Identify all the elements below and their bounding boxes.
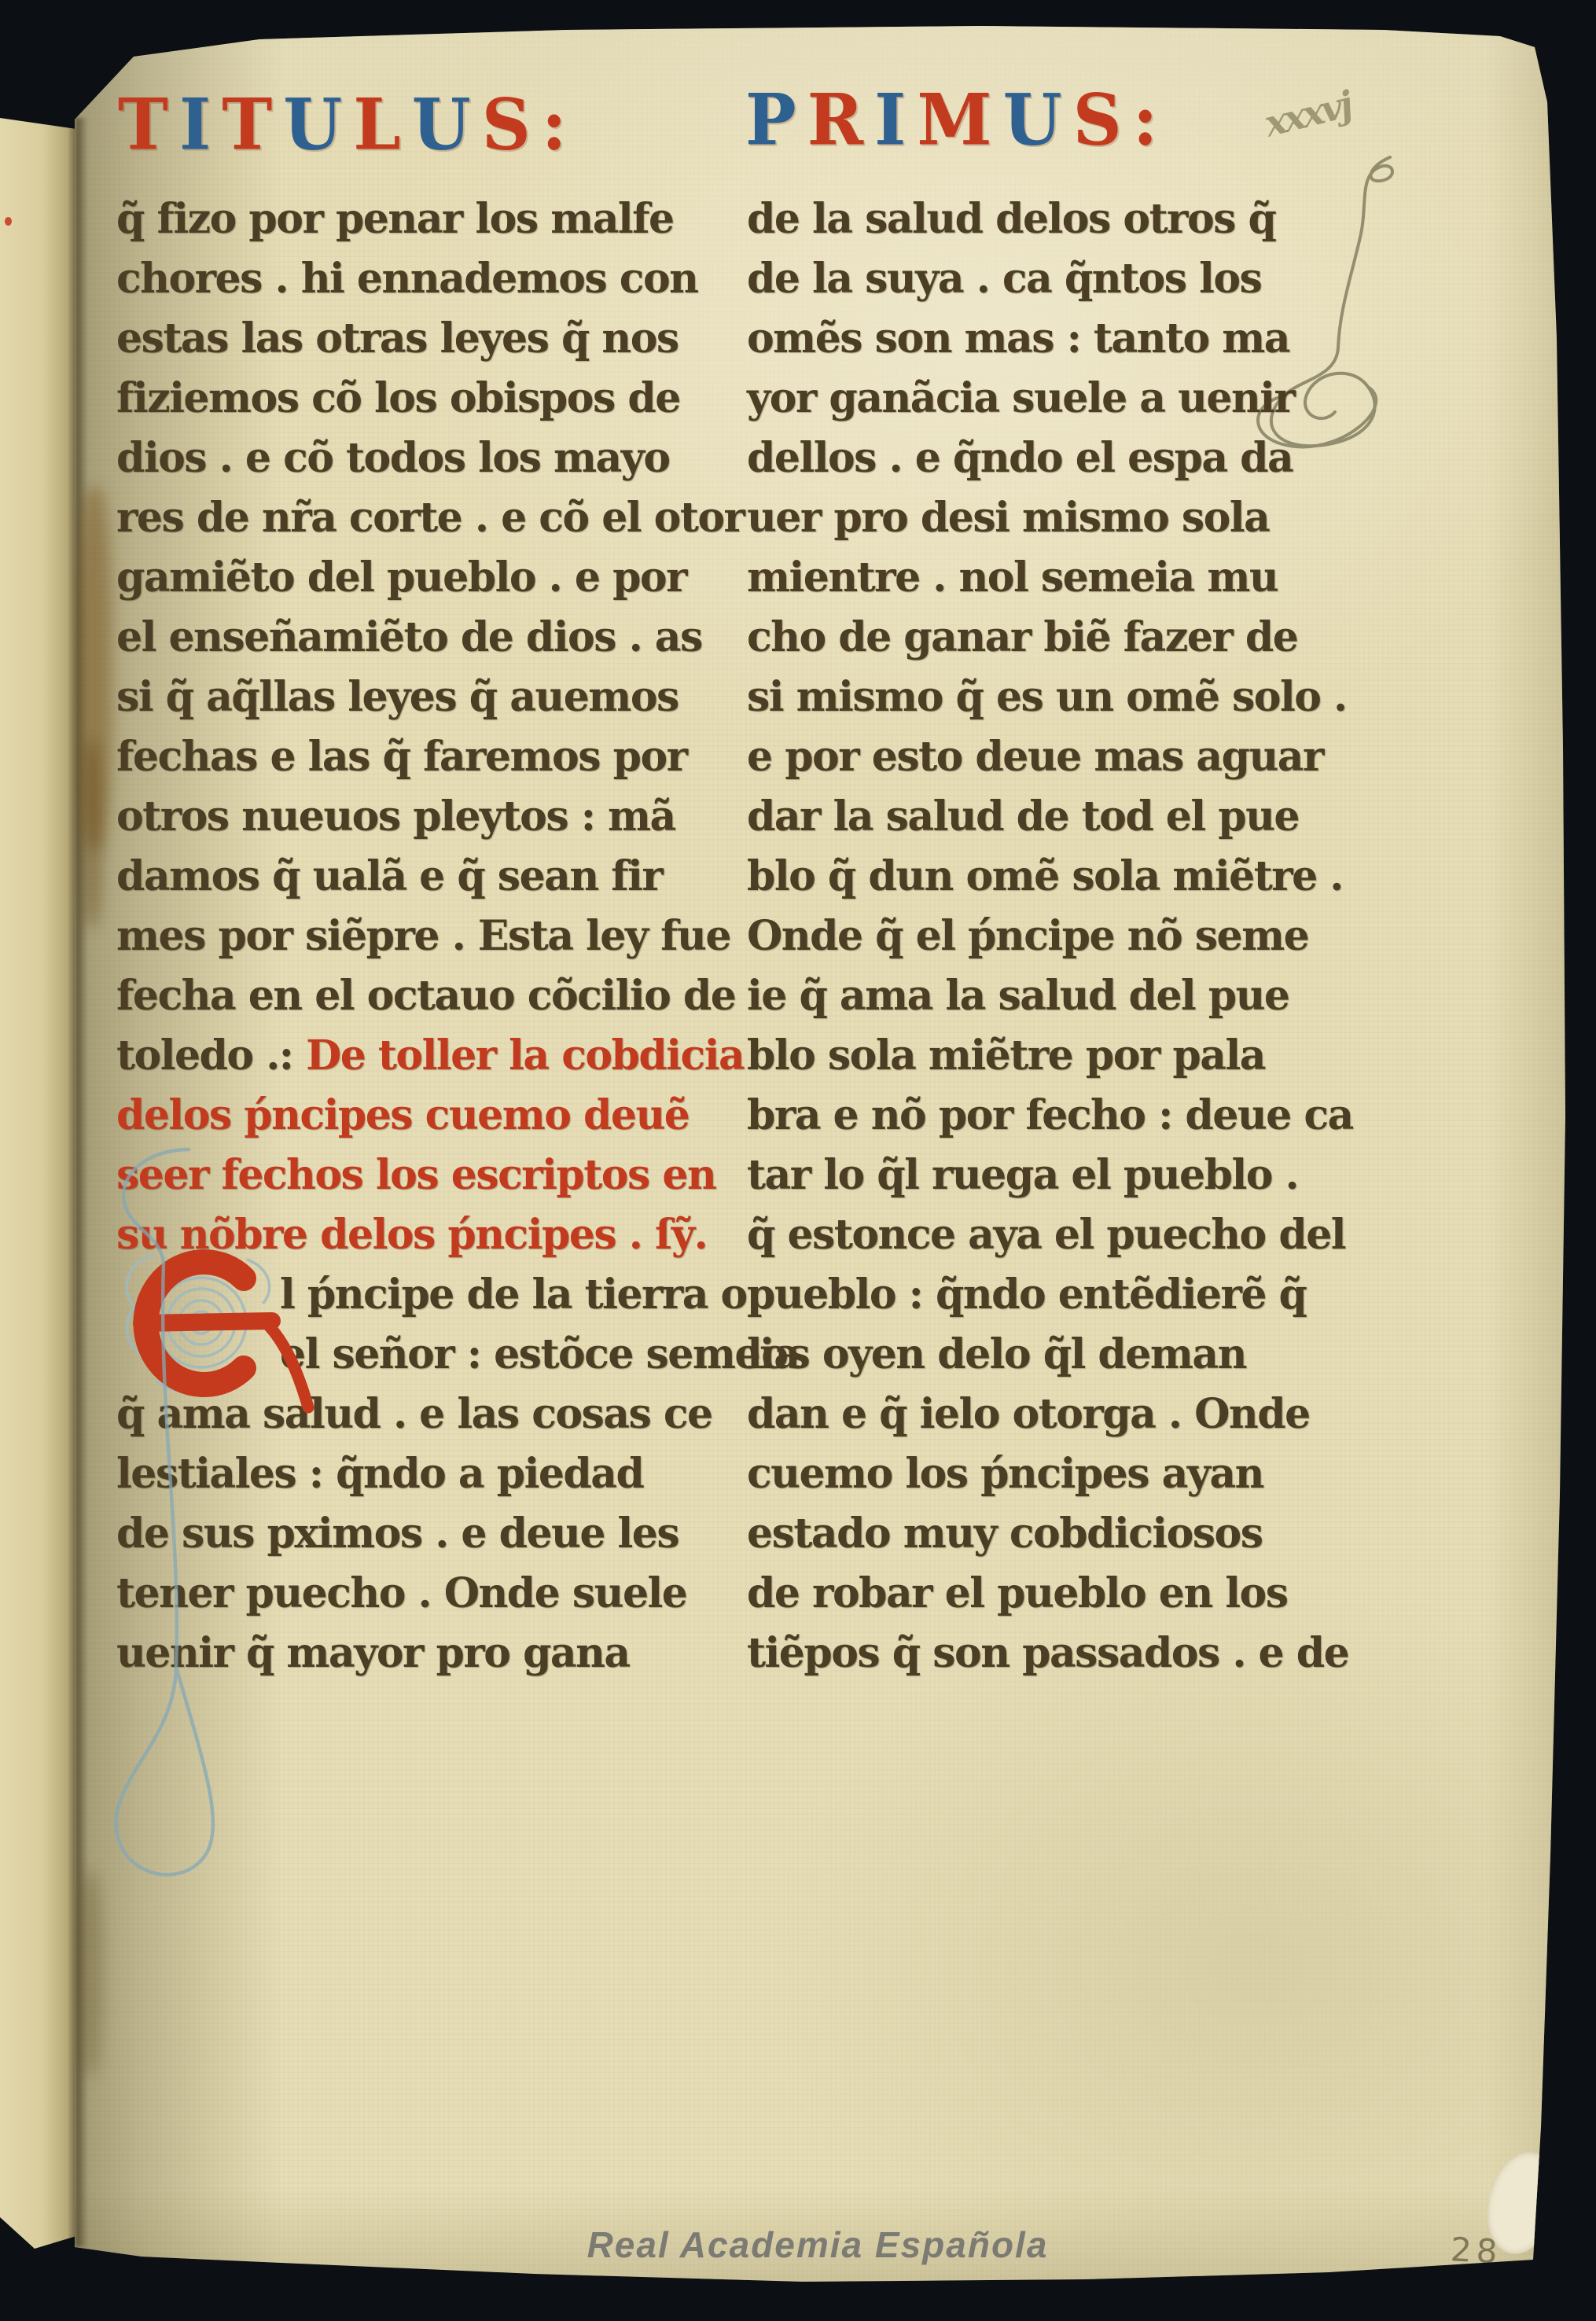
body-text: estas las otras leyes q̃ nos (116, 314, 678, 362)
library-watermark: Real Academia Española (519, 2224, 1116, 2266)
body-text: toledo .: (116, 1032, 306, 1080)
manuscript-line: si mismo q̃ es un omẽ solo . (747, 668, 1368, 728)
manuscript-line: ie q̃ ama la salud del pue (747, 967, 1368, 1027)
body-text: dar la salud de tod el pue (747, 793, 1299, 840)
manuscript-line: e por esto deue mas aguar (747, 728, 1368, 788)
header-letter: T (118, 83, 179, 166)
body-text: res de nr̃a corte . e cõ el otor (116, 494, 744, 542)
manuscript-line: de la suya . ca q̃ntos los (747, 250, 1368, 310)
parchment-page: TITULUS: PRIMUS: xxxvj q̃ fizo por penar… (0, 0, 1596, 2321)
body-text: yor ganãcia suele a uenir (747, 374, 1294, 422)
body-text: tiẽpos q̃ son passados . e de (747, 1629, 1348, 1677)
body-text: dan e q̃ ielo otorga . Onde (747, 1390, 1310, 1438)
body-text: uer pro desi mismo sola (747, 494, 1269, 542)
body-text: e por esto deue mas aguar (747, 733, 1323, 781)
manuscript-line: toledo .: De toller la cobdicia (116, 1027, 737, 1087)
header-letter: S (482, 83, 542, 166)
manuscript-line: de la salud delos otros q̃ (747, 190, 1368, 250)
body-text: el señor : estõce semeia (280, 1330, 799, 1378)
facing-page-edge (0, 93, 76, 2249)
body-text: fechas e las q̃ faremos por (116, 733, 687, 781)
manuscript-line: blo sola miẽtre por pala (747, 1027, 1368, 1087)
body-text: ie q̃ ama la salud del pue (747, 972, 1289, 1020)
body-text: cho de ganar biẽ fazer de (747, 613, 1297, 661)
header-letter: M (917, 78, 1002, 161)
body-text: damos q̃ ualã e q̃ sean fir (116, 852, 662, 900)
running-title-primus: PRIMUS: (745, 80, 1168, 167)
body-text: de robar el pueblo en los (747, 1569, 1287, 1617)
manuscript-line: omẽs son mas : tanto ma (747, 310, 1368, 370)
red-speck (5, 217, 12, 226)
manuscript-line: cuemo los ṕncipes ayan (747, 1445, 1368, 1505)
header-letter: I (874, 78, 917, 161)
manuscript-line: estas las otras leyes q̃ nos (116, 310, 737, 370)
body-text: gamiẽto del pueblo . e por (116, 554, 686, 601)
body-text: otros nueuos pleytos : mã (116, 793, 675, 840)
manuscript-line: Onde q̃ el ṕncipe nõ seme (747, 907, 1368, 967)
manuscript-line: gamiẽto del pueblo . e por (116, 549, 737, 609)
manuscript-line: dios . e cõ todos los mayo (116, 429, 737, 489)
manuscript-line: si q̃ aq̃llas leyes q̃ auemos (116, 668, 737, 728)
manuscript-line: yor ganãcia suele a uenir (747, 370, 1368, 429)
body-text: de la suya . ca q̃ntos los (747, 255, 1261, 303)
body-text: pueblo : q̃ndo entẽdierẽ q̃ (747, 1271, 1306, 1319)
body-text: dellos . e q̃ndo el espa da (747, 434, 1293, 482)
manuscript-line: bra e nõ por fecho : deue ca (747, 1087, 1368, 1146)
manuscript-line: fecha en el octauo cõcilio de (116, 967, 737, 1027)
manuscript-line: cho de ganar biẽ fazer de (747, 609, 1368, 668)
body-text: tar lo q̃l ruega el pueblo . (747, 1151, 1298, 1199)
body-text: blo sola miẽtre por pala (747, 1032, 1265, 1080)
header-letter: I (179, 83, 222, 166)
body-text: estado muy cobdiciosos (747, 1510, 1263, 1558)
manuscript-line: otros nueuos pleytos : mã (116, 788, 737, 848)
text-column-right: de la salud delos otros q̃de la suya . c… (747, 190, 1368, 1684)
manuscript-line: dar la salud de tod el pue (747, 788, 1368, 848)
manuscript-line: el enseñamiẽto de dios . as (116, 609, 737, 668)
manuscript-line: pueblo : q̃ndo entẽdierẽ q̃ (747, 1266, 1368, 1326)
manuscript-line: tar lo q̃l ruega el pueblo . (747, 1146, 1368, 1206)
header-letter: T (222, 83, 283, 166)
body-text: chores . hi ennademos con (116, 255, 697, 303)
running-title-titulus: TITULUS: (118, 85, 578, 171)
body-text: cuemo los ṕncipes ayan (747, 1450, 1263, 1498)
manuscript-line: blo q̃ dun omẽ sola miẽtre . (747, 848, 1368, 907)
manuscript-line: res de nr̃a corte . e cõ el otor (116, 489, 737, 549)
header-letter: U (283, 83, 353, 166)
body-text: q̃ fizo por penar los malfe (116, 195, 674, 243)
body-text: omẽs son mas : tanto ma (747, 314, 1289, 362)
body-text: bra e nõ por fecho : deue ca (747, 1091, 1353, 1139)
manuscript-line: damos q̃ ualã e q̃ sean fir (116, 848, 737, 907)
manuscript-line: dellos . e q̃ndo el espa da (747, 429, 1368, 489)
body-text: fiziemos cõ los obispos de (116, 374, 680, 422)
header-letter: P (745, 78, 807, 161)
body-text: Onde q̃ el ṕncipe nõ seme (747, 912, 1308, 960)
manuscript-line: uer pro desi mismo sola (747, 489, 1368, 549)
body-text: blo q̃ dun omẽ sola miẽtre . (747, 852, 1343, 900)
manuscript-line: q̃ fizo por penar los malfe (116, 190, 737, 250)
body-text: si mismo q̃ es un omẽ solo . (747, 673, 1347, 721)
blue-penwork-descender (71, 1124, 307, 1926)
manuscript-line: fechas e las q̃ faremos por (116, 728, 737, 788)
manuscript-line: mientre . nol semeia mu (747, 549, 1368, 609)
header-letter: R (807, 78, 874, 161)
header-letter: U (1003, 78, 1073, 161)
header-letter: : (1133, 78, 1169, 161)
body-text: q̃ estonce aya el puecho del (747, 1211, 1345, 1259)
manuscript-line: fiziemos cõ los obispos de (116, 370, 737, 429)
manuscript-line: los oyen delo q̃l deman (747, 1326, 1368, 1385)
body-text: dios . e cõ todos los mayo (116, 434, 670, 482)
body-text: si q̃ aq̃llas leyes q̃ auemos (116, 673, 678, 721)
body-text: de la salud delos otros q̃ (747, 195, 1275, 243)
binding-stain (82, 739, 102, 928)
header-letter: L (353, 83, 411, 166)
body-text: los oyen delo q̃l deman (747, 1330, 1246, 1378)
body-text: l ṕncipe de la tierra o (280, 1271, 747, 1319)
rubric-text: De toller la cobdicia (306, 1032, 744, 1080)
manuscript-scan: TITULUS: PRIMUS: xxxvj q̃ fizo por penar… (0, 0, 1596, 2321)
body-text: fecha en el octauo cõcilio de (116, 972, 735, 1020)
folio-number: 28 (1450, 2230, 1503, 2271)
body-text: mes por siẽpre . Esta ley fue (116, 912, 730, 960)
manuscript-line: dan e q̃ ielo otorga . Onde (747, 1385, 1368, 1445)
header-letter: U (412, 83, 482, 166)
manuscript-line: mes por siẽpre . Esta ley fue (116, 907, 737, 967)
body-text: el enseñamiẽto de dios . as (116, 613, 702, 661)
manuscript-line: chores . hi ennademos con (116, 250, 737, 310)
manuscript-line: tiẽpos q̃ son passados . e de (747, 1624, 1368, 1684)
header-letter: S (1073, 78, 1133, 161)
manuscript-line: q̃ estonce aya el puecho del (747, 1206, 1368, 1266)
manuscript-line: de robar el pueblo en los (747, 1565, 1368, 1624)
header-letter: : (542, 83, 578, 166)
manuscript-line: estado muy cobdiciosos (747, 1505, 1368, 1565)
body-text: mientre . nol semeia mu (747, 554, 1278, 601)
